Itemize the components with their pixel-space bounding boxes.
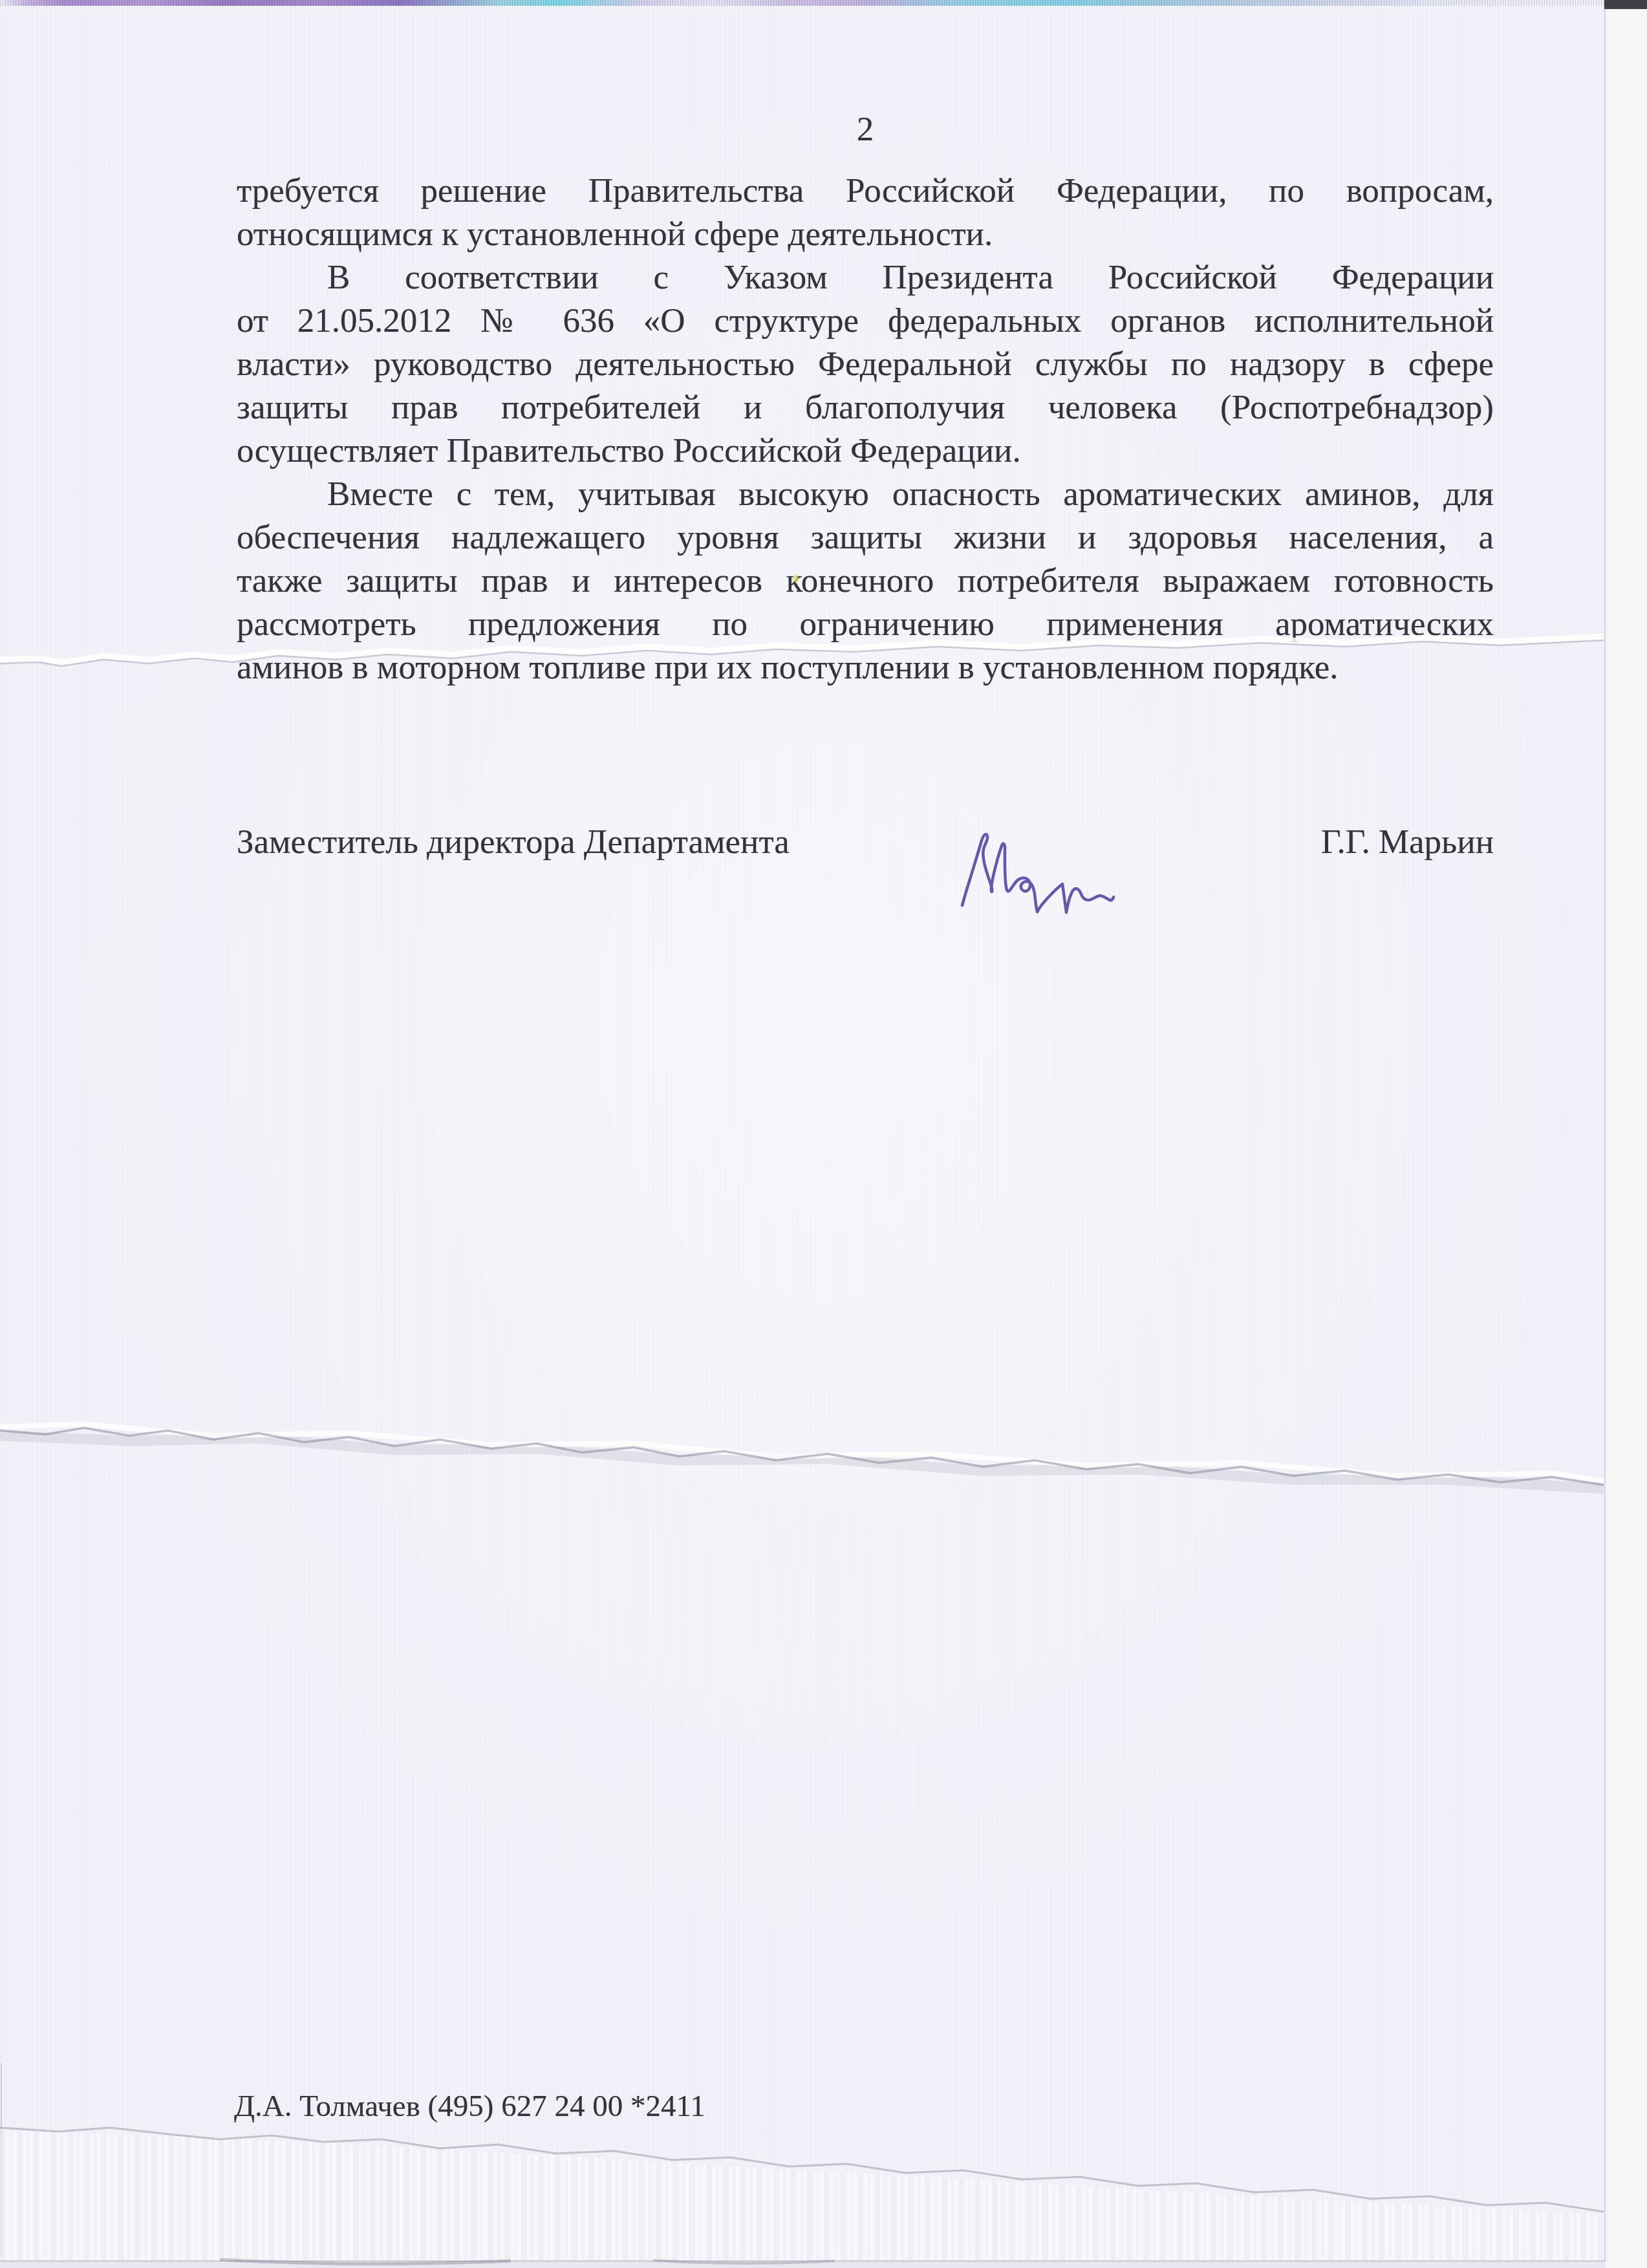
fold-crease-bottom-line xyxy=(0,2128,1604,2212)
signature-stroke xyxy=(962,834,1114,913)
body-line: от 21.05.2012 № 636 «О структуре федерал… xyxy=(237,299,1494,343)
signature-block: Заместитель директора Департамента Г.Г. … xyxy=(237,823,1494,861)
paper-speck xyxy=(793,574,799,583)
fold-crease-middle-shadow xyxy=(0,1436,1604,1489)
body-line: аминов в моторном топливе при их поступл… xyxy=(237,646,1494,689)
scanner-corner-artifact xyxy=(1604,0,1647,10)
footer-contact: Д.А. Толмачев (495) 627 24 00 *2411 xyxy=(234,2089,705,2124)
body-line: власти» руководство деятельностью Федера… xyxy=(237,343,1494,386)
signer-title: Заместитель директора Департамента xyxy=(237,823,790,861)
bottom-flap-wrinkles xyxy=(0,2130,1604,2261)
body-line: относящимся к установленной сфере деятел… xyxy=(237,213,1494,256)
body-line: осуществляет Правительство Российской Фе… xyxy=(237,429,1494,473)
paper-bottom-edge xyxy=(0,2260,1606,2268)
letter-body: требуется решение Правительства Российск… xyxy=(237,169,1494,689)
body-line: также защиты прав и интересов конечного … xyxy=(237,559,1494,603)
body-line: Вместе с тем, учитывая высокую опасность… xyxy=(237,473,1494,516)
handwritten-signature xyxy=(931,815,1164,944)
paper-left-edge xyxy=(1,2063,2,2257)
scanned-letter-page: 2 требуется решение Правительства Россий… xyxy=(0,0,1647,2268)
fold-crease-middle-line xyxy=(0,1428,1604,1485)
page-number: 2 xyxy=(237,110,1494,149)
signer-name: Г.Г. Марьин xyxy=(1321,823,1494,861)
paper-right-edge xyxy=(1604,9,1647,2268)
fold-crease-middle-highlight xyxy=(0,1424,1604,1481)
scanner-noise-strip xyxy=(0,0,1606,6)
body-line: обеспечения надлежащего уровня защиты жи… xyxy=(237,516,1494,559)
body-line: рассмотреть предложения по ограничению п… xyxy=(237,603,1494,646)
body-line: В соответствии с Указом Президента Росси… xyxy=(237,256,1494,299)
body-line: защиты прав потребителей и благополучия … xyxy=(237,386,1494,429)
body-line: требуется решение Правительства Российск… xyxy=(237,169,1494,213)
